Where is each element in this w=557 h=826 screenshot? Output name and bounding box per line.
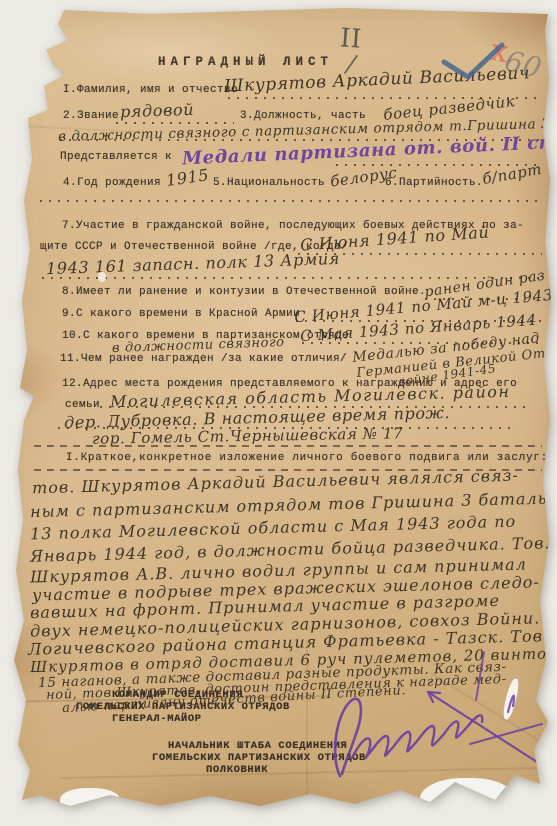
paper-sheet-wrap: НАГРАДНЫЙ ЛИСТ II / х 60 I.Фамилия, имя … — [0, 0, 557, 826]
field-11-label: 11.Чем ранее награжден /за какие отличия… — [60, 353, 347, 365]
field-2-label: 2.Звание — [63, 110, 119, 122]
chief-title-line2: ГОМЕЛЬСКИХ ПАРТИЗАНСКИХ ОТРЯДОВ — [152, 752, 366, 764]
field-4-label: 4.Год рождения — [63, 177, 161, 189]
field-9-label: 9.С какого времени в Красной Армии — [62, 308, 300, 320]
dotted-leader — [116, 122, 234, 124]
dotted-leader — [40, 200, 544, 202]
field-4-value: 1915 — [165, 165, 210, 190]
paper-crease — [306, 640, 308, 825]
chief-title-line1: НАЧАЛЬНИК ШТАБА СОЕДИНЕНИЯ — [168, 740, 347, 752]
presented-for-label: Представляется к — [60, 151, 172, 163]
signature-ink — [335, 699, 361, 776]
field-3-label: 3.Должность, часть — [240, 110, 366, 122]
field-7-value-line2: 1943 161 запасн. полк 13 Армия — [46, 249, 340, 278]
commander-title-line2: ГОМЕЛЬСКИХ ПАРТИЗАНСКИХ ОТРЯДОВ — [76, 701, 290, 713]
section-header: I.Краткое,конкретное изложение личного б… — [66, 452, 548, 464]
field-6-label: 6.Партийность. — [385, 177, 483, 189]
signature-ink — [352, 715, 482, 758]
scanned-award-document: НАГРАДНЫЙ ЛИСТ II / х 60 I.Фамилия, имя … — [0, 0, 557, 826]
field-1-label: I.Фамилия, имя и отчество — [63, 84, 238, 96]
document-title: НАГРАДНЫЙ ЛИСТ — [158, 55, 333, 69]
field-8-label: 8.Имеет ли ранение и контузии в Отечеств… — [62, 286, 426, 298]
commander-title-line3: ГЕНЕРАЛ-МАЙОР — [112, 713, 202, 725]
field-2-value: рядовой — [120, 100, 195, 122]
dashed-separator — [34, 445, 542, 447]
paper-tear — [420, 778, 515, 824]
field-12-label-line2: семьи — [65, 399, 100, 411]
paper-tear — [98, 272, 106, 282]
field-5-label: 5.Национальность — [213, 177, 325, 189]
paper-tear — [60, 788, 120, 814]
paper-sheet: НАГРАДНЫЙ ЛИСТ II / х 60 I.Фамилия, имя … — [0, 0, 557, 826]
